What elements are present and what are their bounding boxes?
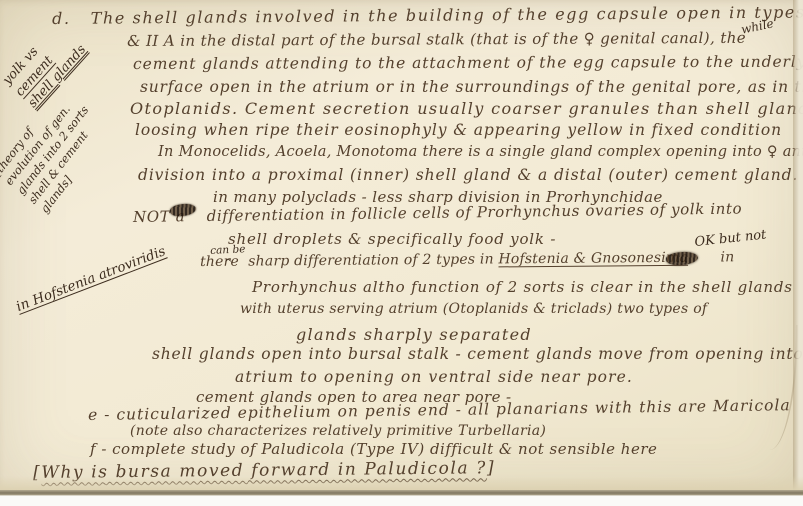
handwritten-line: shell droplets & specifically food yolk …	[228, 231, 556, 248]
handwritten-line: In Monocelids, Acoela, Monotoma there is…	[158, 145, 803, 161]
card-right-edge	[793, 0, 803, 494]
margin-note: [theory ofevolution of gen.glands into 2…	[0, 85, 116, 216]
handwritten-line: (note also characterizes relatively prim…	[130, 424, 546, 439]
handwritten-line: cement glands attending to the attachmen…	[133, 54, 803, 73]
handwritten-line: Otoplanids. Cement secretion usually coa…	[130, 100, 803, 118]
handwritten-line: f - complete study of Paludicola (Type I…	[90, 441, 657, 458]
inserted-word: OK but not	[694, 228, 767, 250]
margin-note: in Hofstenia atroviridis	[14, 243, 168, 316]
handwritten-line: division into a proximal (inner) shell g…	[138, 167, 798, 184]
handwritten-line: e - cuticularized epithelium on penis en…	[88, 397, 791, 424]
handwritten-line: there sharp differentiation of 2 types i…	[200, 250, 734, 270]
handwritten-line: shell glands open into bursal stalk - ce…	[152, 346, 803, 363]
card-bottom-shadow	[0, 476, 803, 491]
handwritten-line: Prorhynchus altho function of 2 sorts is…	[252, 279, 793, 296]
scanner-background	[0, 495, 803, 506]
handwritten-line: d. The shell glands involved in the buil…	[52, 3, 803, 27]
handwritten-line: loosing when ripe their eosinophyly & ap…	[135, 122, 782, 139]
handwritten-line: with uterus serving atrium (Otoplanids &…	[240, 302, 707, 317]
note-card: d. The shell glands involved in the buil…	[0, 0, 803, 494]
handwritten-line: atrium to opening on ventral side near p…	[235, 369, 633, 386]
text-segment: Hofstenia & Gnosonesima	[498, 250, 688, 268]
scanned-document: d. The shell glands involved in the buil…	[0, 0, 803, 506]
handwritten-line: & II A in the distal part of the bursal …	[127, 30, 746, 50]
inserted-word: ^	[224, 258, 232, 269]
margin-note-line: in Hofstenia atroviridis	[14, 243, 168, 316]
handwritten-line: surface open in the atrium or in the sur…	[140, 79, 803, 96]
handwritten-line: glands sharply separated	[296, 326, 532, 344]
inserted-word: can be	[210, 244, 246, 257]
